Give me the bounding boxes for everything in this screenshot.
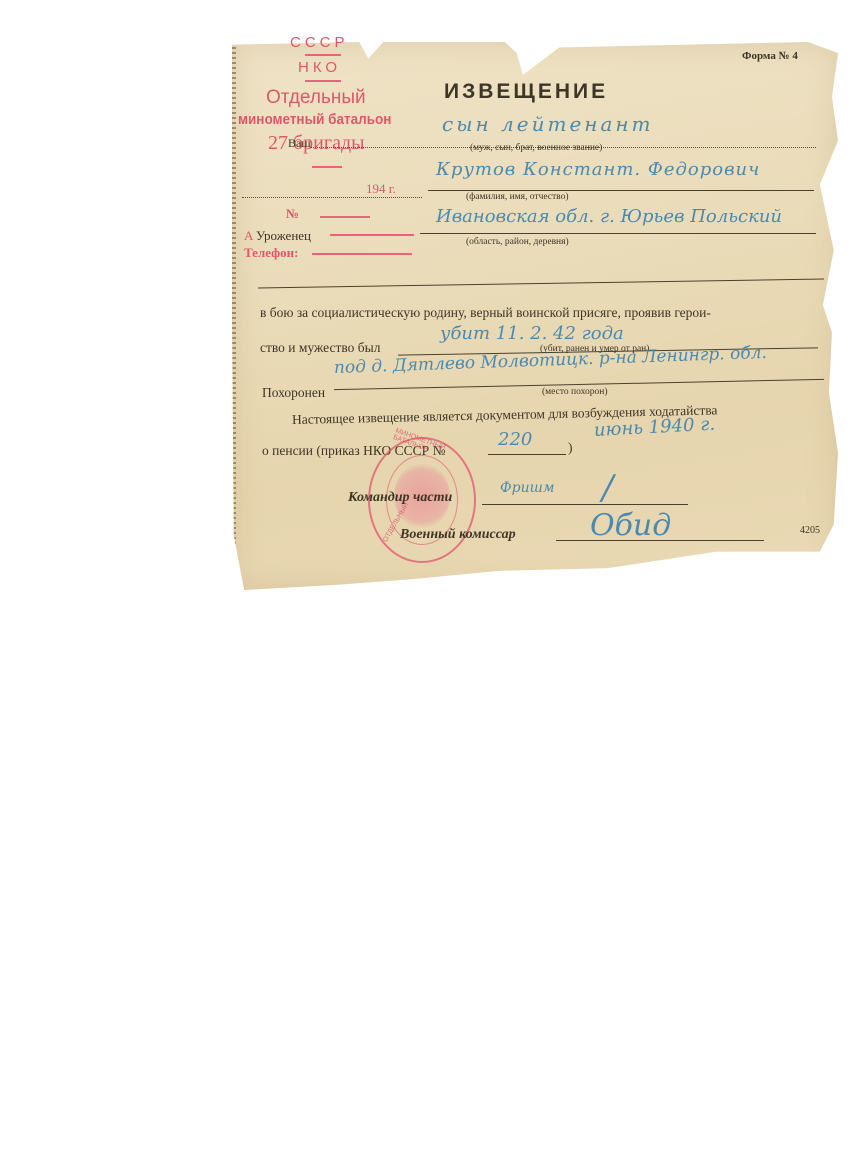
status-prefix: ство и мужество был [260,340,380,356]
stamp-divider [312,166,342,168]
stamp-divider [305,80,341,82]
commander-signature-line [482,504,688,505]
burial-caption: (место похорон) [542,387,607,397]
pension-suffix: ) [568,440,573,456]
relation-value: сын лейтенант [442,112,654,136]
full-name-line [428,190,814,191]
stamp-divider [305,54,341,56]
birthplace-line [420,233,816,234]
stamp-phone-label: Телефон: [244,245,298,261]
series-number: 4205 [800,525,820,536]
stamp-line-nko: НКО [298,59,341,76]
document-title: ИЗВЕЩЕНИЕ [444,80,608,104]
commander-label: Командир части [348,490,452,506]
date-line [242,197,422,198]
burial-label: Похоронен [262,385,325,401]
form-number: Форма № 4 [742,50,798,62]
relation-caption: (муж, сын, брат, военное звание) [470,143,602,153]
full-name-caption: (фамилия, имя, отчество) [466,192,569,202]
stamp-address-label: А [244,228,253,244]
pension-order-number: 220 [498,429,532,450]
stamp-line-separate: Отдельный [266,87,366,109]
commander-signature-flourish: / [602,468,613,508]
status-value: убит 11. 2. 42 года [440,323,624,344]
stamp-number-label: № [286,206,299,222]
pension-order-line [488,454,566,455]
commissar-signature: Обид [590,508,671,543]
stamp-line-brigade: 27 бригады [268,132,365,155]
full-name-value: Крутов Констант. Федорович [436,159,760,180]
stamp-line-battalion: минометный батальон [238,111,391,128]
commander-signature: Фришм [500,480,554,496]
body-line-1: в бою за социалистическую родину, верный… [260,305,711,321]
number-line [320,216,370,218]
birthplace-label: Уроженец [256,228,311,244]
stamp-line-ussr: СССР [290,34,349,51]
address-line [330,234,414,236]
commissar-label: Военный комиссар [400,527,516,543]
stamp-date-suffix: 194 г. [366,181,396,197]
relation-label: Ваш [288,136,311,151]
birthplace-value: Ивановская обл. г. Юрьев Польский [436,206,782,227]
birthplace-caption: (область, район, деревня) [466,237,569,247]
phone-line [312,253,412,255]
